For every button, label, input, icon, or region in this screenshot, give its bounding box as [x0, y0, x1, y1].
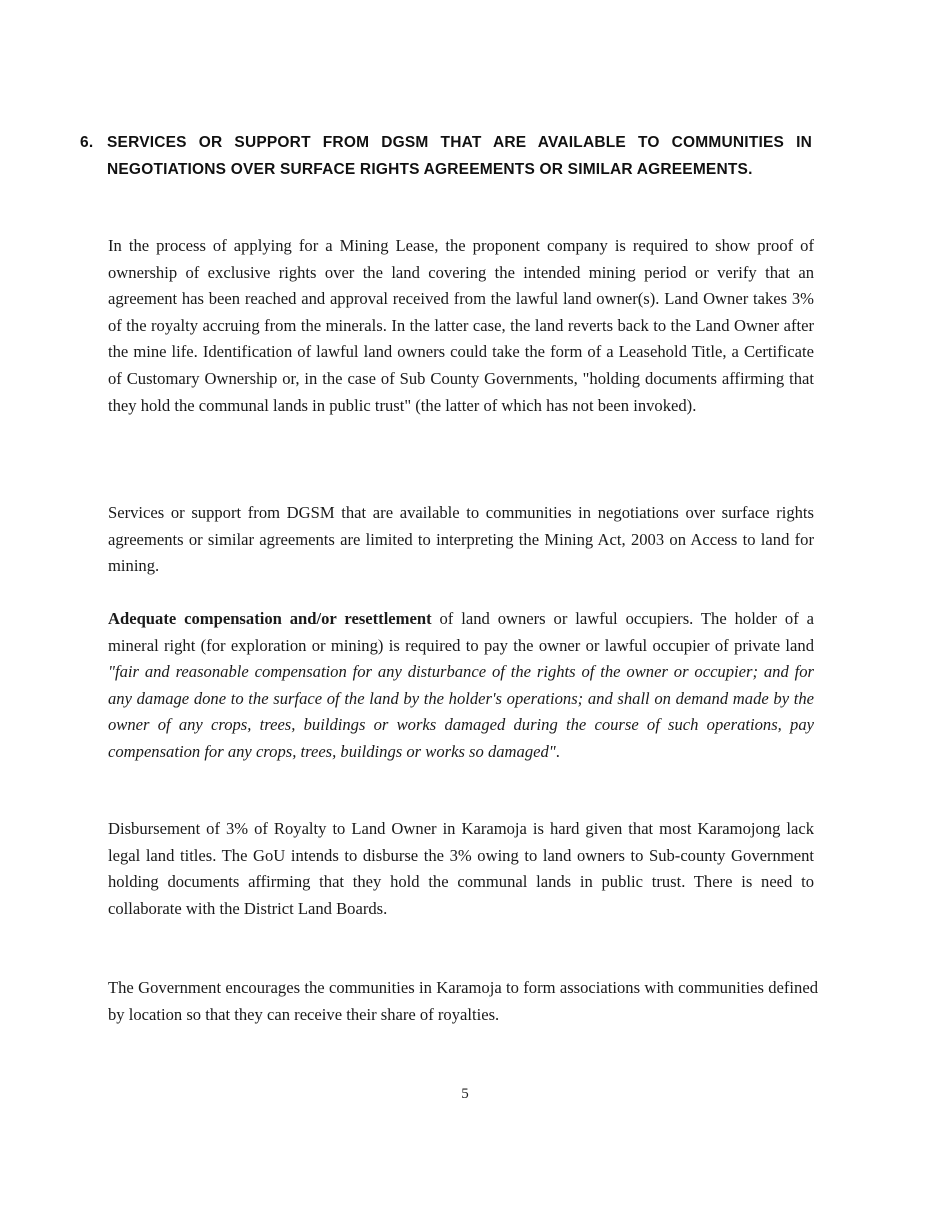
compensation-end: .	[556, 742, 560, 761]
section-heading: 6. SERVICES OR SUPPORT FROM DGSM THAT AR…	[80, 130, 812, 183]
paragraph-dgsm-services: Services or support from DGSM that are a…	[108, 500, 814, 580]
paragraph-mining-lease: In the process of applying for a Mining …	[108, 233, 814, 419]
section-title: SERVICES OR SUPPORT FROM DGSM THAT ARE A…	[107, 130, 812, 183]
document-page: 6. SERVICES OR SUPPORT FROM DGSM THAT AR…	[0, 0, 946, 1224]
section-number: 6.	[80, 130, 107, 183]
compensation-quote: "fair and reasonable compensation for an…	[108, 662, 814, 761]
paragraph-community-associations: The Government encourages the communitie…	[108, 975, 818, 1028]
compensation-bold-lead: Adequate compensation and/or resettlemen…	[108, 609, 432, 628]
page-number: 5	[0, 1086, 930, 1103]
paragraph-compensation: Adequate compensation and/or resettlemen…	[108, 606, 814, 766]
paragraph-royalty-disbursement: Disbursement of 3% of Royalty to Land Ow…	[108, 816, 814, 922]
